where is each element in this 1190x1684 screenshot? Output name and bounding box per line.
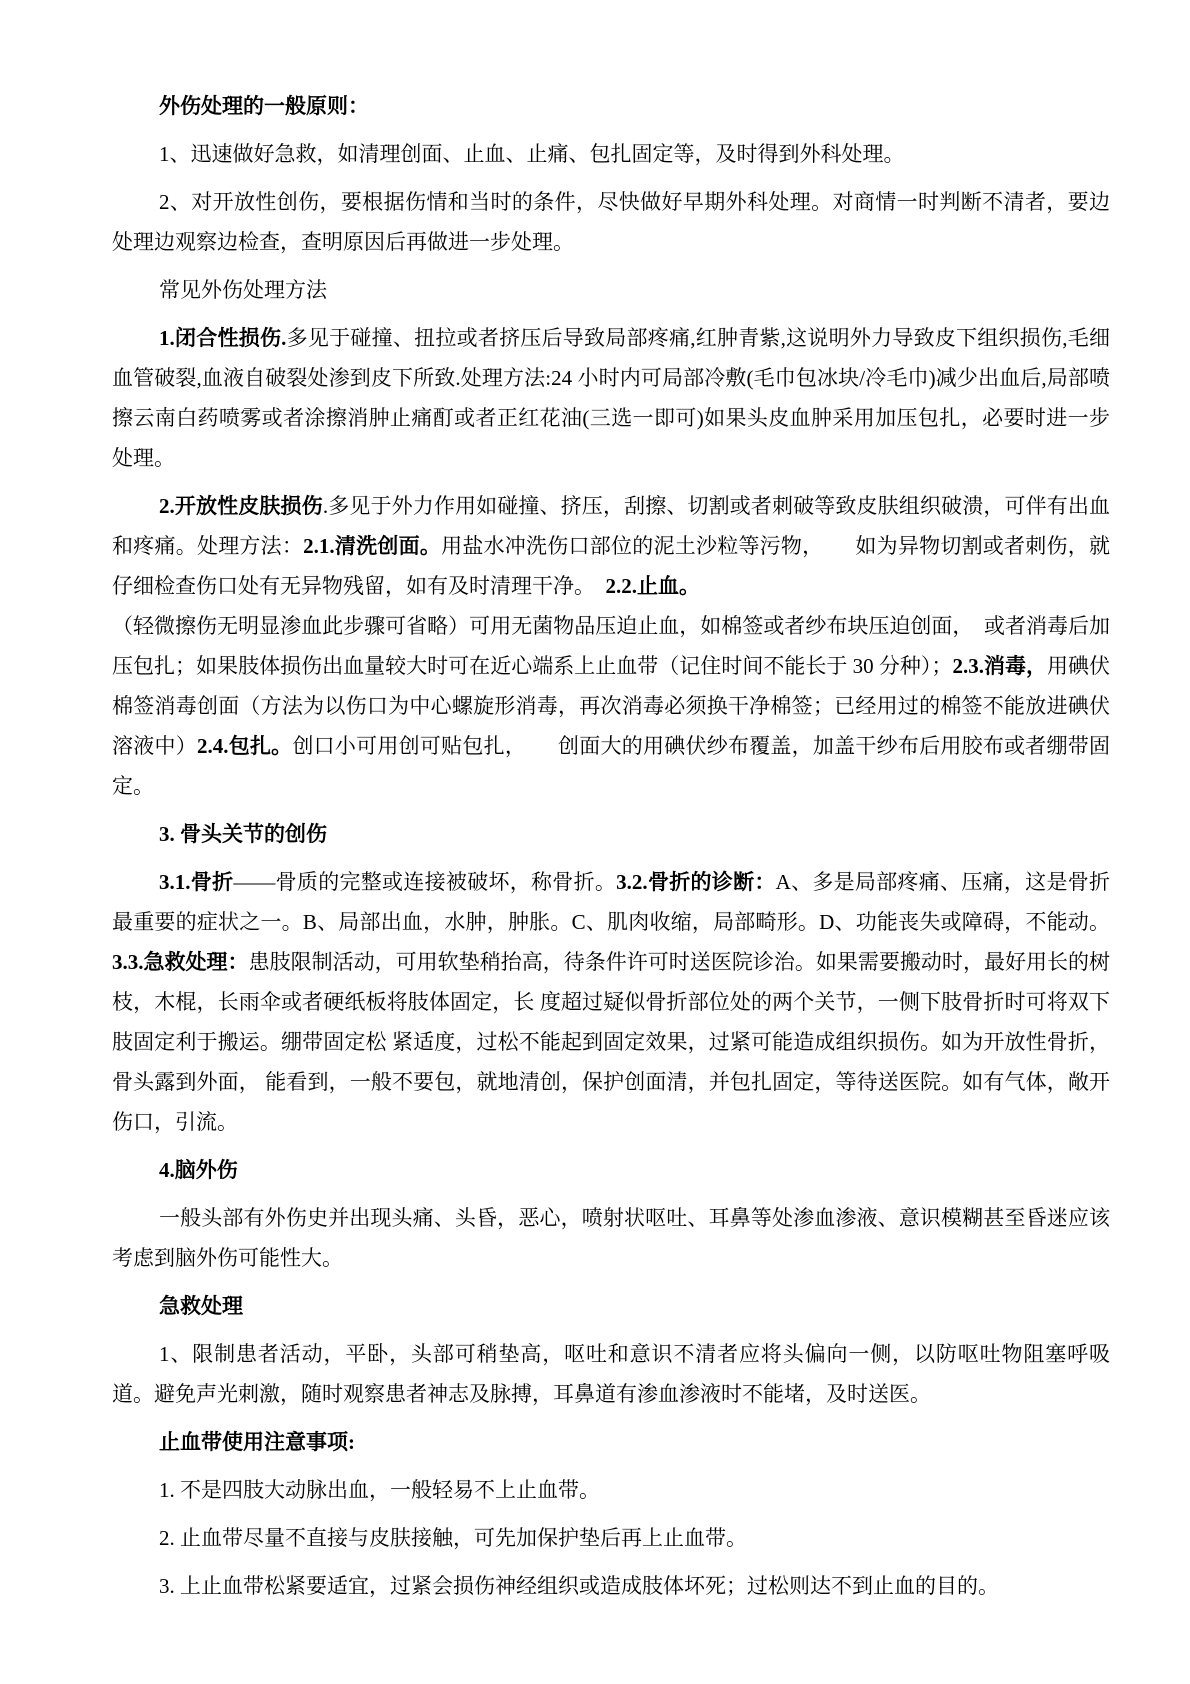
paragraph-heading-brain-injury: 4.脑外伤 [112,1150,1110,1190]
bold-text-run: 3.2.骨折的诊断： [616,870,775,894]
paragraph-fracture: 3.1.骨折——骨质的完整或连接被破坏，称骨折。3.2.骨折的诊断：A、多是局部… [112,862,1110,1142]
bold-text-run: 2.1.清洗创面。 [303,534,441,558]
paragraph-open-skin-injury-continued: （轻微擦伤无明显渗血此步骤可省略）可用无菌物品压迫止血，如棉签或者纱布块压迫创面… [112,606,1110,806]
paragraph-heading-emergency-treatment: 急救处理 [112,1286,1110,1326]
bold-text-run: 2.3.消毒， [952,654,1047,678]
document-page: 外伤处理的一般原则：1、迅速做好急救，如清理创面、止血、止痛、包扎固定等，及时得… [0,0,1190,1684]
paragraph-brain-injury-description: 一般头部有外伤史并出现头痛、头昏，恶心，喷射状呕吐、耳鼻等处渗血渗液、意识模糊甚… [112,1198,1110,1278]
paragraph-principle-1: 1、迅速做好急救，如清理创面、止血、止痛、包扎固定等，及时得到外科处理。 [112,134,1110,174]
paragraph-principle-2: 2、对开放性创伤，要根据伤情和当时的条件，尽快做好早期外科处理。对商情一时判断不… [112,182,1110,262]
paragraph-heading-bone-joint: 3. 骨头关节的创伤 [112,814,1110,854]
bold-text-run: 2.开放性皮肤损伤 [159,494,323,518]
text-run: 1. 不是四肢大动脉出血，一般轻易不上止血带。 [159,1478,600,1502]
bold-text-run: 2.2.止血。 [606,574,701,598]
paragraph-tourniquet-note-3: 3. 上止血带松紧要适宜，过紧会损伤神经组织或造成肢体坏死；过松则达不到止血的目… [112,1566,1110,1606]
bold-text-run: 1.闭合性损伤. [159,326,286,350]
document-body: 外伤处理的一般原则：1、迅速做好急救，如清理创面、止血、止痛、包扎固定等，及时得… [112,86,1110,1606]
paragraph-subheading-common-methods: 常见外伤处理方法 [112,270,1110,310]
text-run: 一般头部有外伤史并出现头痛、头昏，恶心，喷射状呕吐、耳鼻等处渗血渗液、意识模糊甚… [112,1206,1110,1270]
text-run: 1、迅速做好急救，如清理创面、止血、止痛、包扎固定等，及时得到外科处理。 [159,142,905,166]
bold-text-run: 急救处理 [159,1294,243,1318]
paragraph-emergency-treatment-1: 1、限制患者活动，平卧，头部可稍垫高，呕吐和意识不清者应将头偏向一侧，以防呕吐物… [112,1334,1110,1414]
paragraph-closed-injury: 1.闭合性损伤.多见于碰撞、扭拉或者挤压后导致局部疼痛,红肿青紫,这说明外力导致… [112,318,1110,478]
bold-text-run: 3. 骨头关节的创伤 [159,822,327,846]
text-run: 患肢限制活动，可用软垫稍抬高，待条件许可时送医院诊治。如果需要搬动时，最好用长的… [112,950,1110,1134]
paragraph-heading-tourniquet-notes: 止血带使用注意事项: [112,1422,1110,1462]
text-run: 3. 上止血带松紧要适宜，过紧会损伤神经组织或造成肢体坏死；过松则达不到止血的目… [159,1574,999,1598]
paragraph-heading-general-principles: 外伤处理的一般原则： [112,86,1110,126]
text-run: 1、限制患者活动，平卧，头部可稍垫高，呕吐和意识不清者应将头偏向一侧，以防呕吐物… [112,1342,1110,1406]
bold-text-run: 外伤处理的一般原则： [159,94,369,118]
bold-text-run: 止血带使用注意事项: [159,1430,355,1454]
paragraph-open-skin-injury: 2.开放性皮肤损伤.多见于外力作用如碰撞、挤压，刮擦、切割或者刺破等致皮肤组织破… [112,486,1110,606]
text-run: 2、对开放性创伤，要根据伤情和当时的条件，尽快做好早期外科处理。对商情一时判断不… [112,190,1110,254]
bold-text-run: 2.4.包扎。 [197,734,292,758]
text-run: ——骨质的完整或连接被破坏，称骨折。 [233,870,616,894]
paragraph-tourniquet-note-2: 2. 止血带尽量不直接与皮肤接触，可先加保护垫后再上止血带。 [112,1518,1110,1558]
text-run: 2. 止血带尽量不直接与皮肤接触，可先加保护垫后再上止血带。 [159,1526,747,1550]
text-run: 常见外伤处理方法 [159,278,327,302]
bold-text-run: 4.脑外伤 [159,1158,238,1182]
paragraph-tourniquet-note-1: 1. 不是四肢大动脉出血，一般轻易不上止血带。 [112,1470,1110,1510]
bold-text-run: 3.3.急救处理： [112,950,249,974]
bold-text-run: 3.1.骨折 [159,870,233,894]
